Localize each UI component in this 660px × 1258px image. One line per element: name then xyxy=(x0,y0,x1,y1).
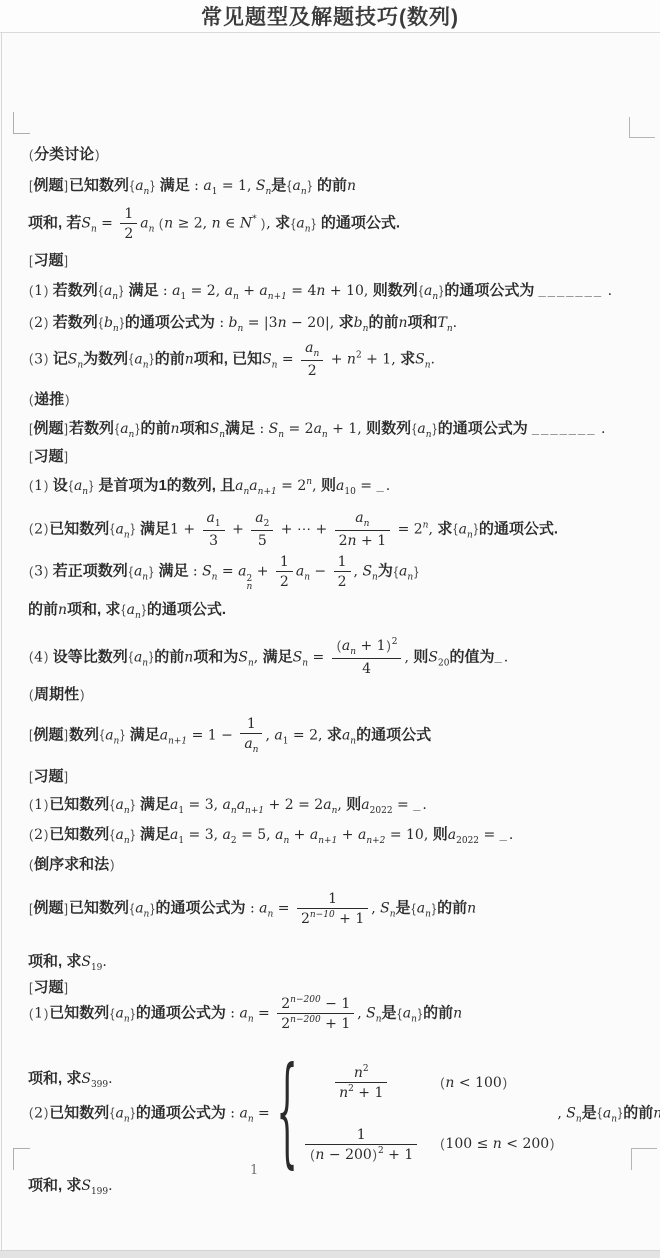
seg-sub: 2022 xyxy=(456,836,479,846)
seg-m: 2 xyxy=(308,363,317,379)
seg-pr: ) xyxy=(64,393,70,407)
seg-t: 则 xyxy=(321,477,336,494)
seg-t: 项和, 求 xyxy=(28,1177,81,1194)
seg-m: : xyxy=(188,564,202,580)
seg-pr: ) xyxy=(43,352,53,366)
seg-pr: ) xyxy=(43,316,53,330)
seg-m: : xyxy=(190,178,204,194)
seg-t: 项和, 求 xyxy=(28,953,81,970)
seg-m: : xyxy=(226,1006,240,1022)
seg-t: 的通项公式. xyxy=(317,215,400,232)
seg-i: a xyxy=(105,727,113,743)
seg-t: 的通项公式为 xyxy=(444,282,538,299)
seg-m: = xyxy=(308,649,329,665)
seg-m: + xyxy=(289,827,310,843)
seg-m: , xyxy=(312,478,321,494)
seg-m: − xyxy=(310,564,331,580)
fraction-denominator: 2n−10 + 1 xyxy=(297,909,368,927)
seg-t: 则数列 xyxy=(373,282,418,299)
fraction-numerator: an xyxy=(301,339,323,361)
seg-m: 2 xyxy=(34,1105,43,1121)
seg-i: n xyxy=(347,178,356,194)
seg-i: a xyxy=(140,216,148,232)
seg-m: = |3 xyxy=(243,315,277,331)
seg-t: 例题 xyxy=(33,726,63,743)
fraction-denominator: an xyxy=(240,734,262,755)
fraction-numerator: an xyxy=(335,509,391,531)
fraction-denominator: 2 xyxy=(301,361,323,379)
seg-sub: n+1 xyxy=(168,736,187,746)
seg-t: 的通项公式为 xyxy=(156,900,246,917)
seg-t: 习题 xyxy=(33,768,63,785)
seg-i: a xyxy=(239,1105,247,1121)
seg-m: + xyxy=(228,521,249,537)
seg-m: = 1 − xyxy=(187,727,237,743)
fraction-numerator: a2 xyxy=(251,509,273,531)
exercise-2-2: (2)已知数列{an} 满足1 + a13 + a25 + ⋯ + an2n +… xyxy=(28,509,558,550)
seg-m: 1 xyxy=(34,1006,43,1022)
seg-i: S xyxy=(81,954,91,970)
exercise-1-3: (3) 记Sn为数列{an}的前n项和, 已知Sn = an2 + n2 + 1… xyxy=(28,339,435,380)
seg-t: 周期性 xyxy=(34,686,79,703)
seg-pr: ) xyxy=(109,858,115,872)
seg-i: n xyxy=(467,901,476,917)
seg-i: a xyxy=(115,1006,123,1022)
fraction-numerator: n2 xyxy=(335,1064,387,1083)
seg-t: 满足 xyxy=(156,177,190,194)
seg-m: , xyxy=(337,797,346,813)
piecewise-cases: {n2n2 + 1(n < 100)1(n − 200)2 + 1(100 ≤ … xyxy=(276,1064,555,1163)
seg-t: 的通项公式为 xyxy=(438,420,532,437)
seg-m: − 1 xyxy=(321,996,351,1012)
fraction-denominator: 2 xyxy=(276,572,293,590)
seg-pr: ) xyxy=(43,565,53,579)
seg-i: a xyxy=(135,178,143,194)
fraction-numerator: a1 xyxy=(203,509,225,531)
seg-i: a xyxy=(120,421,128,437)
seg-i: a xyxy=(203,178,211,194)
seg-m: + 1 xyxy=(354,1085,384,1101)
seg-t: 的前 xyxy=(623,1104,653,1121)
seg-pr: ] xyxy=(64,254,69,268)
seg-i: a xyxy=(255,510,263,526)
seg-t: 满足 xyxy=(225,420,255,437)
fraction-numerator: 1 xyxy=(334,553,351,572)
section-recursion: (递推) xyxy=(28,390,70,410)
seg-blank: _ xyxy=(500,827,509,842)
seg-m: − 200 xyxy=(324,1147,371,1163)
seg-sub: n+1 xyxy=(245,806,264,816)
seg-m: . xyxy=(108,1178,112,1194)
page-title: 常见题型及解题技巧(数列) xyxy=(201,1,459,31)
seg-m: : xyxy=(255,421,269,437)
seg-m: = xyxy=(393,797,414,813)
seg-m: 2 xyxy=(339,533,348,549)
seg-i: a xyxy=(237,797,245,813)
exercise-1-2: (2) 若数列{bn}的通项公式为 : bn = |3n − 20|, 求bn的… xyxy=(28,313,457,336)
fraction-numerator: 1 xyxy=(305,1126,417,1145)
seg-m: : xyxy=(246,901,260,917)
seg-i: S xyxy=(566,1105,576,1121)
seg-t: 的前 xyxy=(154,648,184,665)
seg-t: 的前 xyxy=(368,314,398,331)
seg-sub: n xyxy=(301,187,307,197)
seg-m: . xyxy=(422,797,426,813)
fraction: 1an xyxy=(240,715,262,756)
seg-i: S xyxy=(362,564,372,580)
seg-m: + 1 xyxy=(321,1016,351,1032)
seg-i: a xyxy=(160,727,168,743)
seg-m: + ⋯ + xyxy=(276,521,331,537)
seg-m: = 5, xyxy=(237,827,275,843)
seg-t: 若数列 xyxy=(53,314,98,331)
seg-t: 已知数列 xyxy=(49,796,109,813)
seg-m: 1 xyxy=(280,554,289,570)
seg-t: 若数列 xyxy=(53,282,98,299)
seg-t: 则数列 xyxy=(366,420,411,437)
seg-i: a xyxy=(235,478,243,494)
exercises-header-1: [习题] xyxy=(28,251,69,271)
seg-blank: _ xyxy=(376,478,385,493)
seg-i: a xyxy=(134,351,142,367)
exercise-4-1a: (1)已知数列{an}的通项公式为 : an = 2n−200 − 12n−20… xyxy=(28,995,462,1033)
seg-m: 100 ≤ xyxy=(445,1136,492,1152)
seg-i: n xyxy=(653,1105,660,1121)
seg-m: : xyxy=(226,1105,240,1121)
example-3: [例题]数列{an} 满足an+1 = 1 − 1an, a1 = 2, 求an… xyxy=(28,715,431,756)
seg-t: 的通项公式. xyxy=(147,601,226,618)
seg-i: n xyxy=(453,1006,462,1022)
fraction: 12n−10 + 1 xyxy=(297,890,368,928)
seg-m: + 10, xyxy=(325,283,372,299)
seg-sub: n xyxy=(143,360,149,370)
example-2: [例题]若数列{an}的前n项和Sn满足 : Sn = 2an + 1, 则数列… xyxy=(28,419,605,442)
seg-t: 已知数列 xyxy=(49,826,109,843)
fraction: 1(n − 200)2 + 1 xyxy=(305,1126,417,1164)
seg-m: + xyxy=(239,283,260,299)
seg-i: a xyxy=(259,283,267,299)
fraction-numerator: (an + 1)2 xyxy=(332,637,402,659)
example-1-line-1: [例题]已知数列{an} 满足 : a1 = 1, Sn是{an} 的前n xyxy=(28,176,356,199)
seg-m: < 200 xyxy=(502,1136,549,1152)
seg-i: S xyxy=(366,1006,376,1022)
seg-m: + 1 xyxy=(357,533,387,549)
seg-i: a xyxy=(296,564,304,580)
seg-m: = 2 xyxy=(284,421,314,437)
fraction: 2n−200 − 12n−200 + 1 xyxy=(277,995,354,1033)
seg-sup: 2 xyxy=(392,637,398,647)
seg-i: n xyxy=(185,351,194,367)
seg-m: = 2, xyxy=(288,727,326,743)
seg-i: S xyxy=(428,649,438,665)
seg-t: 的通项公式为 xyxy=(136,1005,226,1022)
seg-m: 5 xyxy=(258,533,267,549)
page-header: 常见题型及解题技巧(数列) xyxy=(0,0,660,33)
section-classification: (分类讨论) xyxy=(28,145,100,165)
seg-sub: n xyxy=(124,1114,130,1124)
bottom-scrollbar-strip xyxy=(0,1250,660,1258)
seg-m: = xyxy=(479,827,500,843)
seg-m: = 2, xyxy=(186,283,224,299)
seg-t: 求 xyxy=(400,350,415,367)
seg-pr: ] xyxy=(64,450,69,464)
seg-m: . xyxy=(386,478,390,494)
seg-sub: 20 xyxy=(438,658,449,668)
seg-i: a xyxy=(223,827,231,843)
seg-t: 项和 xyxy=(180,420,210,437)
seg-i: n xyxy=(348,533,357,549)
seg-t: 满足 xyxy=(136,826,170,843)
fraction-numerator: 1 xyxy=(240,715,262,734)
seg-i: a xyxy=(223,797,231,813)
cases-rows: n2n2 + 1(n < 100)1(n − 200)2 + 1(100 ≤ n… xyxy=(297,1064,555,1163)
example-1-line-2: 项和, 若Sn = 12an (n ≥ 2, n ∈ N* ), 求{an} 的… xyxy=(28,205,400,243)
seg-t: 是 xyxy=(271,177,286,194)
seg-i: a xyxy=(355,510,363,526)
seg-m: 1 xyxy=(357,1127,366,1143)
seg-m: ∈ xyxy=(221,216,240,232)
seg-t: 则 xyxy=(346,796,361,813)
seg-i: n xyxy=(347,351,356,367)
fraction-denominator: 3 xyxy=(203,531,225,549)
seg-m: : xyxy=(215,315,229,331)
seg-sub: n+2 xyxy=(366,836,385,846)
seg-i: b xyxy=(104,315,113,331)
seg-t: 已知数列 xyxy=(69,900,129,917)
seg-blank: _ xyxy=(494,649,503,664)
exercise-4-2a: (2)已知数列{an}的通项公式为 : an = {n2n2 + 1(n < 1… xyxy=(28,1064,660,1163)
seg-pr: ) xyxy=(549,1137,555,1151)
seg-pr: ) xyxy=(43,284,53,298)
seg-t: 的前 xyxy=(423,1005,453,1022)
seg-m: 1 xyxy=(34,797,43,813)
seg-m: 1 xyxy=(34,283,43,299)
seg-blank: _______ xyxy=(539,283,604,298)
seg-t: 的前 xyxy=(155,350,185,367)
fraction-denominator: 2 xyxy=(334,572,351,590)
seg-t: 满足 xyxy=(136,520,170,537)
seg-i: n xyxy=(212,216,221,232)
exercise-1-1: (1) 若数列{an} 满足 : a1 = 2, an + an+1 = 4n … xyxy=(28,281,612,304)
seg-t: 习题 xyxy=(33,252,63,269)
exercises-header-2: [习题] xyxy=(28,447,69,467)
fraction: 12 xyxy=(276,553,293,591)
seg-i: a xyxy=(361,797,369,813)
seg-i: a xyxy=(207,510,215,526)
fraction: a13 xyxy=(203,509,225,550)
seg-i: a xyxy=(403,1006,411,1022)
seg-t: 例题 xyxy=(33,420,63,437)
seg-t: 设 xyxy=(53,477,68,494)
seg-sub: 1 xyxy=(215,519,221,529)
seg-m: : xyxy=(158,283,172,299)
seg-i: T xyxy=(438,315,447,331)
seg-i: a xyxy=(417,901,425,917)
seg-t: 项和 xyxy=(407,314,437,331)
seg-i: S xyxy=(262,351,272,367)
seg-sub: 2022 xyxy=(370,806,393,816)
fraction-numerator: 2n−200 − 1 xyxy=(277,995,354,1014)
seg-i: S xyxy=(238,649,248,665)
fraction-denominator: 2n−200 + 1 xyxy=(277,1014,354,1032)
fraction-numerator: 1 xyxy=(276,553,293,572)
seg-m: , xyxy=(254,649,263,665)
exercise-3-2: (2)已知数列{an} 满足a1 = 3, a2 = 5, an + an+1 … xyxy=(28,825,513,848)
seg-t: 满足 xyxy=(154,563,188,580)
seg-pr: ) xyxy=(257,217,267,231)
seg-i: S xyxy=(68,351,78,367)
seg-i: n xyxy=(339,1085,348,1101)
exercise-4-2b: 项和, 求S199. xyxy=(28,1176,113,1199)
seg-i: S xyxy=(81,1178,91,1194)
seg-i: S xyxy=(81,216,91,232)
seg-m: = 2 xyxy=(393,521,423,537)
seg-m: = 4 xyxy=(287,283,317,299)
seg-t: 求 xyxy=(327,726,342,743)
seg-m: = 2 xyxy=(277,478,307,494)
seg-i: a xyxy=(225,283,233,299)
document-page: { "doc": { "title": "常见题型及解题技巧(数列)", "pa… xyxy=(0,0,660,1258)
seg-i: a xyxy=(115,827,123,843)
seg-t: 项和, 已知 xyxy=(194,350,262,367)
seg-t: 的前 xyxy=(313,177,347,194)
seg-i: S xyxy=(380,901,390,917)
seg-sub: n+1 xyxy=(318,836,337,846)
seg-t: 是 xyxy=(582,1104,597,1121)
section-periodicity: (周期性) xyxy=(28,685,85,705)
cases-row: n2n2 + 1(n < 100) xyxy=(297,1064,555,1102)
seg-i: a xyxy=(274,727,282,743)
left-brace: { xyxy=(276,1036,289,1191)
seg-i: a xyxy=(127,602,135,618)
seg-i: S xyxy=(202,564,212,580)
seg-t: 的前 xyxy=(28,601,58,618)
exercise-3-1: (1)已知数列{an} 满足a1 = 3, anan+1 + 2 = 2an, … xyxy=(28,795,427,818)
seg-m: 1 xyxy=(338,554,347,570)
seg-m: 3 xyxy=(34,351,43,367)
seg-t: 已知数列 xyxy=(49,1104,109,1121)
seg-m: + 1 xyxy=(356,638,386,654)
seg-pr: ] xyxy=(64,770,69,784)
exercise-2-3a: (3) 若正项数列{an} 满足 : Sn = a2n + 12an − 12,… xyxy=(28,553,419,591)
seg-m: 2 xyxy=(280,574,289,590)
seg-t: 记 xyxy=(53,350,68,367)
seg-sub: n+1 xyxy=(258,487,277,497)
seg-pr: ) xyxy=(79,688,85,702)
seg-sup: 2 xyxy=(363,1064,369,1074)
seg-t: 求 xyxy=(437,520,452,537)
seg-t: 习题 xyxy=(33,448,63,465)
seg-i: a xyxy=(115,1105,123,1121)
seg-i: a xyxy=(603,1105,611,1121)
seg-t: 求 xyxy=(275,215,290,232)
seg-i: a xyxy=(417,421,425,437)
seg-sub: 10 xyxy=(344,487,355,497)
seg-t: 的前 xyxy=(437,900,467,917)
seg-t: 分类讨论 xyxy=(34,146,94,163)
exercises-header-3: [习题] xyxy=(28,767,69,787)
cases-condition: (n < 100) xyxy=(439,1074,508,1092)
seg-i: a xyxy=(310,827,318,843)
seg-sub: n xyxy=(124,836,130,846)
fraction: an2n + 1 xyxy=(335,509,391,550)
seg-pr: ) xyxy=(94,148,100,162)
cases-row: 1(n − 200)2 + 1(100 ≤ n < 200) xyxy=(297,1126,555,1164)
seg-m: 4 xyxy=(34,649,43,665)
seg-m: = 10, xyxy=(385,827,432,843)
seg-sub: n xyxy=(124,1015,130,1025)
seg-sup: n−200 xyxy=(290,1015,321,1025)
seg-t: 的通项公式为 xyxy=(136,1104,226,1121)
seg-sub: 2 xyxy=(264,519,270,529)
example-4-line-1: [例题]已知数列{an}的通项公式为 : an = 12n−10 + 1, Sn… xyxy=(28,890,476,928)
seg-sup: n−200 xyxy=(290,995,321,1005)
exercise-2-1: (1) 设{an} 是首项为1的数列, 且anan+1 = 2n, 则a10 =… xyxy=(28,476,390,499)
seg-t: 为数列 xyxy=(83,350,128,367)
seg-sup: * xyxy=(252,215,257,225)
seg-m: + xyxy=(326,351,347,367)
fraction-denominator: 5 xyxy=(251,531,273,549)
fraction: a25 xyxy=(251,509,273,550)
subscript: n xyxy=(246,583,252,591)
fraction-denominator: 2 xyxy=(120,224,137,242)
seg-sup: n−10 xyxy=(310,910,335,920)
page-edge-line xyxy=(1,33,2,1250)
seg-m: . xyxy=(453,315,457,331)
seg-m: , xyxy=(371,901,380,917)
seg-m: 3 xyxy=(34,564,43,580)
seg-t: 的通项公式 xyxy=(356,726,431,743)
seg-i: a xyxy=(239,1006,247,1022)
seg-m: = 3, xyxy=(184,827,222,843)
seg-m: = 1, xyxy=(217,178,255,194)
seg-m: 2 xyxy=(281,1016,290,1032)
seg-m: + xyxy=(252,564,273,580)
fraction: (an + 1)24 xyxy=(332,637,402,678)
seg-sub: n+1 xyxy=(268,292,287,302)
seg-m: 2 xyxy=(34,827,43,843)
seg-t: 则 xyxy=(413,648,428,665)
seg-i: a xyxy=(115,521,123,537)
seg-i: a xyxy=(238,564,246,580)
seg-sub: n xyxy=(124,806,130,816)
seg-t: 递推 xyxy=(34,391,64,408)
seg-i: a xyxy=(296,216,304,232)
fraction-denominator: (n − 200)2 + 1 xyxy=(305,1145,417,1163)
seg-m: , xyxy=(266,216,275,232)
seg-t: 为 xyxy=(378,563,393,580)
seg-i: a xyxy=(115,797,123,813)
seg-i: n xyxy=(184,649,193,665)
seg-m: 4 xyxy=(362,661,371,677)
seg-sub: n xyxy=(426,430,432,440)
seg-m: < 100 xyxy=(454,1075,501,1091)
seg-m: . xyxy=(603,283,612,299)
seg-i: a xyxy=(244,736,252,752)
seg-t: 是 xyxy=(396,900,411,917)
seg-m: 2 xyxy=(281,996,290,1012)
seg-t: 是首项为1的数列, 且 xyxy=(94,477,235,494)
seg-m: + 2 = 2 xyxy=(264,797,323,813)
fraction: 12 xyxy=(334,553,351,591)
fraction-numerator: 1 xyxy=(120,205,137,224)
seg-t: 已知数列 xyxy=(49,1005,109,1022)
seg-m: = xyxy=(356,478,377,494)
seg-i: a xyxy=(259,901,267,917)
seg-t: 例题 xyxy=(33,177,63,194)
seg-sub: n xyxy=(364,519,370,529)
seg-t: 项和, 若 xyxy=(28,215,81,232)
